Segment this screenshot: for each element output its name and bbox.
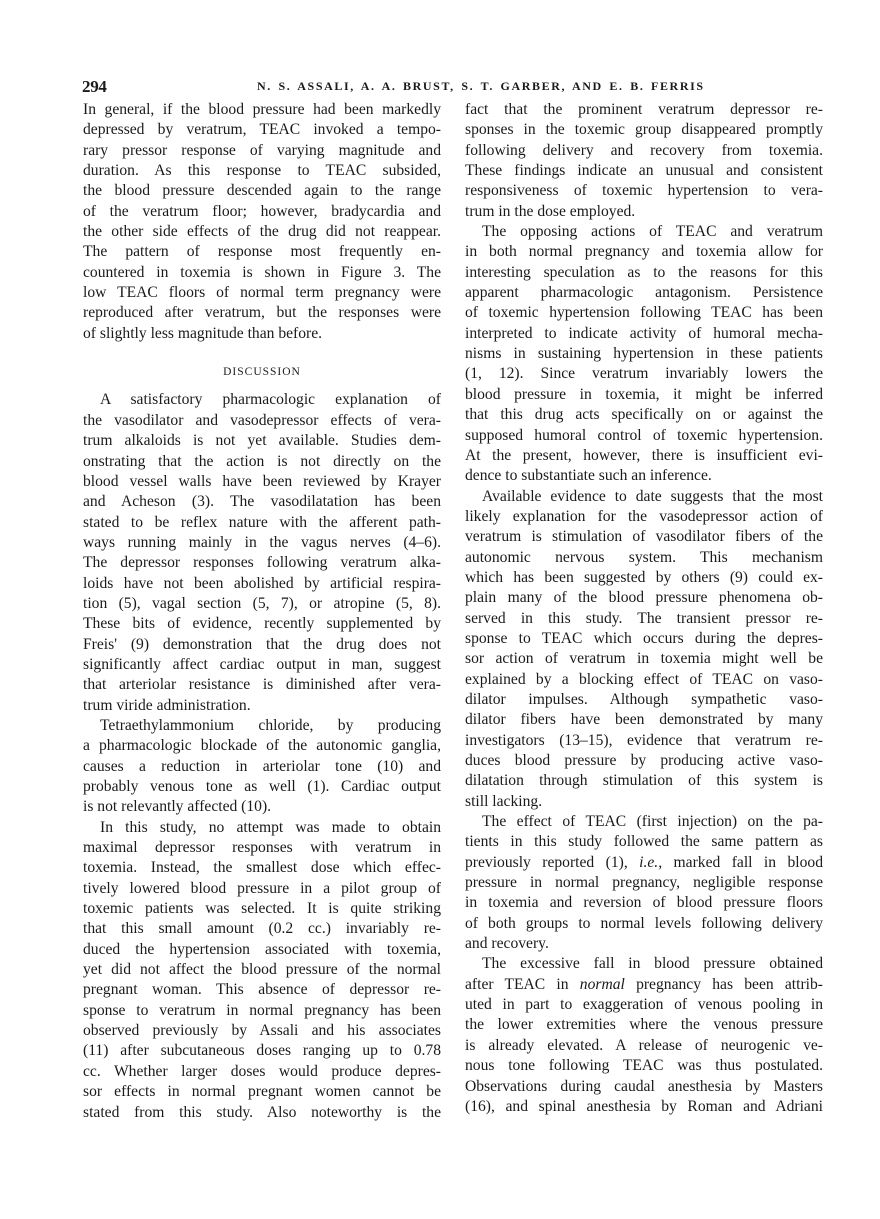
author-line: N. S. ASSALI, A. A. BRUST, S. T. GARBER,… [257, 79, 705, 94]
text-line: These bits of evidence, recently supplem… [83, 614, 441, 634]
section-heading-discussion: DISCUSSION [83, 362, 441, 382]
text-line: The depressor responses following veratr… [83, 553, 441, 573]
text-line: maximal depressor responses with veratru… [83, 838, 441, 858]
text-line: loids have not been abolished by artific… [83, 574, 441, 594]
text-line: sponse to veratrum in normal pregnancy h… [83, 1001, 441, 1021]
text-line: observed previously by Assali and his as… [83, 1021, 441, 1041]
text-line: (16), and spinal anesthesia by Roman and… [465, 1097, 823, 1117]
text-line: which has been suggested by others (9) c… [465, 568, 823, 588]
text-line: dilator fibers have been demonstrated by… [465, 710, 823, 730]
text-line: duced the hypertension associated with t… [83, 940, 441, 960]
text-line: and recovery. [465, 934, 823, 954]
text-line: toxemic patients was selected. It is qui… [83, 899, 441, 919]
text-line: interpreted to indicate activity of humo… [465, 324, 823, 344]
text-line: stated to be reflex nature with the affe… [83, 513, 441, 533]
text-line: autonomic nervous system. This mechanism [465, 548, 823, 568]
text-line: dence to substantiate such an inference. [465, 466, 823, 486]
text-line: significantly affect cardiac output in m… [83, 655, 441, 675]
text-line: rary pressor response of varying magnitu… [83, 141, 441, 161]
text-line: uted in part to exaggeration of venous p… [465, 995, 823, 1015]
text-line: likely explanation for the vasodepressor… [465, 507, 823, 527]
text-line: The effect of TEAC (first injection) on … [465, 812, 823, 832]
page-number: 294 [82, 77, 107, 97]
text-line: duration. As this response to TEAC subsi… [83, 161, 441, 181]
text-line: tion (5), vagal section (5, 7), or atrop… [83, 594, 441, 614]
text-line: plain many of the blood pressure phenome… [465, 588, 823, 608]
paragraph: The excessive fall in blood pressure obt… [465, 954, 823, 1117]
text-line: after TEAC in normal pregnancy has been … [465, 975, 823, 995]
paragraph: The opposing actions of TEAC and veratru… [465, 222, 823, 486]
text-line: investigators (13–15), evidence that ver… [465, 731, 823, 751]
text-line: of toxemic hypertension following TEAC h… [465, 303, 823, 323]
text-line: The opposing actions of TEAC and veratru… [465, 222, 823, 242]
text-line: causes a reduction in arteriolar tone (1… [83, 757, 441, 777]
text-line: is not relevantly affected (10). [83, 797, 441, 817]
text-line: that this small amount (0.2 cc.) invaria… [83, 919, 441, 939]
text-line: in both normal pregnancy and toxemia all… [465, 242, 823, 262]
running-head: 294 N. S. ASSALI, A. A. BRUST, S. T. GAR… [82, 77, 860, 97]
text-line: reproduced after veratrum, but the respo… [83, 303, 441, 323]
text-line: interesting speculation as to the reason… [465, 263, 823, 283]
text-line: that arteriolar resistance is diminished… [83, 675, 441, 695]
text-line: nisms in sustaining hypertension in thes… [465, 344, 823, 364]
text-line: duces blood pressure by producing active… [465, 751, 823, 771]
text-line: trum in the dose employed. [465, 202, 823, 222]
text-line: blood pressure in toxemia, it might be i… [465, 385, 823, 405]
text-line: pregnant woman. This absence of depresso… [83, 980, 441, 1000]
text-line: blood vessel walls have been reviewed by… [83, 472, 441, 492]
text-line: nous tone following TEAC was thus postul… [465, 1056, 823, 1076]
text-line: Freis' (9) demonstration that the drug d… [83, 635, 441, 655]
right-column: fact that the prominent veratrum depress… [465, 100, 823, 1117]
text-line: In general, if the blood pressure had be… [83, 100, 441, 120]
text-line: supposed humoral control of toxemic hype… [465, 426, 823, 446]
text-line: is already elevated. A release of neurog… [465, 1036, 823, 1056]
text-line: of both groups to normal levels followin… [465, 914, 823, 934]
text-line: pressure in normal pregnancy, negligible… [465, 873, 823, 893]
text-line: sor effects in normal pregnant women can… [83, 1082, 441, 1102]
text-line: (1, 12). Since veratrum invariably lower… [465, 364, 823, 384]
text-line: onstrating that the action is not direct… [83, 452, 441, 472]
text-line: Tetraethylammonium chloride, by producin… [83, 716, 441, 736]
text-line: explained by a blocking effect of TEAC o… [465, 670, 823, 690]
text-line: sponses in the toxemic group disappeared… [465, 120, 823, 140]
paragraph: In this study, no attempt was made to ob… [83, 818, 441, 1123]
text-line: depressed by veratrum, TEAC invoked a te… [83, 120, 441, 140]
text-line: countered in toxemia is shown in Figure … [83, 263, 441, 283]
text-line: the lower extremities where the venous p… [465, 1015, 823, 1035]
text-line: a pharmacologic blockade of the autonomi… [83, 736, 441, 756]
text-line: the other side effects of the drug did n… [83, 222, 441, 242]
text-line: previously reported (1), i.e., marked fa… [465, 853, 823, 873]
text-line: ways running mainly in the vagus nerves … [83, 533, 441, 553]
paragraph: A satisfactory pharmacologic explanation… [83, 390, 441, 716]
text-line: The excessive fall in blood pressure obt… [465, 954, 823, 974]
text-line: toxemia. Instead, the smallest dose whic… [83, 858, 441, 878]
paragraph: Available evidence to date suggests that… [465, 487, 823, 813]
text-line: At the present, however, there is insuff… [465, 446, 823, 466]
paragraph: Tetraethylammonium chloride, by producin… [83, 716, 441, 818]
text-line: and Acheson (3). The vasodilatation has … [83, 492, 441, 512]
text-line: In this study, no attempt was made to ob… [83, 818, 441, 838]
text-line: Observations during caudal anesthesia by… [465, 1077, 823, 1097]
text-line: responsiveness of toxemic hypertension t… [465, 181, 823, 201]
text-line: yet did not affect the blood pressure of… [83, 960, 441, 980]
text-line: stated from this study. Also noteworthy … [83, 1103, 441, 1123]
text-line: dilator impulses. Although sympathetic v… [465, 690, 823, 710]
text-line: the vasodilator and vasodepressor effect… [83, 411, 441, 431]
text-line: sor action of veratrum in toxemia might … [465, 649, 823, 669]
text-line: dilatation through stimulation of this s… [465, 771, 823, 791]
text-line: still lacking. [465, 792, 823, 812]
text-line: veratrum is stimulation of vasodilator f… [465, 527, 823, 547]
text-line: in toxemia and reversion of blood pressu… [465, 893, 823, 913]
paragraph: The effect of TEAC (first injection) on … [465, 812, 823, 954]
text-line: that this drug acts specifically on or a… [465, 405, 823, 425]
text-line: of slightly less magnitude than before. [83, 324, 441, 344]
text-line: sponse to TEAC which occurs during the d… [465, 629, 823, 649]
paragraph: fact that the prominent veratrum depress… [465, 100, 823, 222]
text-line: low TEAC floors of normal term pregnancy… [83, 283, 441, 303]
text-line: The pattern of response most frequently … [83, 242, 441, 262]
text-line: apparent pharmacologic antagonism. Persi… [465, 283, 823, 303]
left-column: In general, if the blood pressure had be… [83, 100, 441, 1123]
text-line: These findings indicate an unusual and c… [465, 161, 823, 181]
text-line: probably venous tone as well (1). Cardia… [83, 777, 441, 797]
text-line: trum alkaloids is not yet available. Stu… [83, 431, 441, 451]
text-line: trum viride administration. [83, 696, 441, 716]
text-line: A satisfactory pharmacologic explanation… [83, 390, 441, 410]
text-line: served in this study. The transient pres… [465, 609, 823, 629]
paragraph: In general, if the blood pressure had be… [83, 100, 441, 344]
text-line: of the veratrum floor; however, bradycar… [83, 202, 441, 222]
text-line: fact that the prominent veratrum depress… [465, 100, 823, 120]
text-line: cc. Whether larger doses would produce d… [83, 1062, 441, 1082]
text-line: tively lowered blood pressure in a pilot… [83, 879, 441, 899]
text-line: the blood pressure descended again to th… [83, 181, 441, 201]
text-line: tients in this study followed the same p… [465, 832, 823, 852]
text-line: (11) after subcutaneous doses ranging up… [83, 1041, 441, 1061]
text-line: following delivery and recovery from tox… [465, 141, 823, 161]
text-line: Available evidence to date suggests that… [465, 487, 823, 507]
